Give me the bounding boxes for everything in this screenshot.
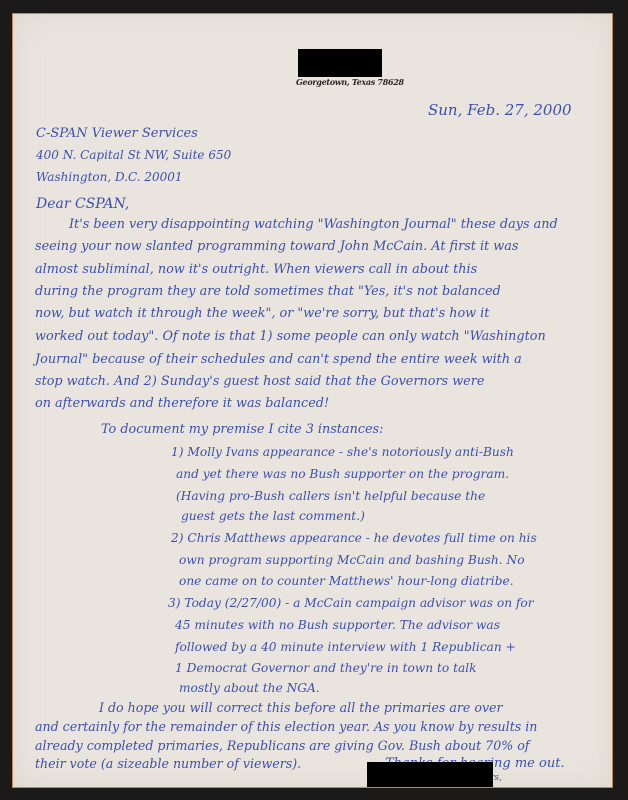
closing-paragraph-line: their vote (a sizeable number of viewers… [35,758,301,771]
salutation: Dear CSPAN, [36,197,129,211]
recipient-address-line: Washington, D.C. 20001 [36,171,183,183]
letterhead-redaction [298,49,382,77]
paragraph-line: now, but watch it through the week", or … [35,308,489,321]
instance-line: followed by a 40 minute interview with 1… [175,641,516,653]
recipient-address-line: 400 N. Capital St NW, Suite 650 [36,149,231,161]
instance-line: 1) Molly Ivans appearance - she's notori… [171,446,514,458]
paragraph-line: seeing your now slanted programming towa… [35,241,518,254]
paragraph-line: It's been very disappointing watching "W… [69,219,558,232]
paragraph-line: worked out today". Of note is that 1) so… [35,331,546,344]
closing-paragraph-line: I do hope you will correct this before a… [99,702,503,715]
paragraph-line: on afterwards and therefore it was balan… [35,398,329,411]
instance-line: 1 Democrat Governor and they're in town … [175,662,477,674]
letterhead-city: Georgetown, Texas 78628 [296,77,404,87]
instance-line: and yet there was no Bush supporter on t… [176,468,509,480]
paragraph-line: almost subliminal, now it's outright. Wh… [35,264,477,277]
instance-line: one came on to counter Matthews' hour-lo… [179,575,514,587]
paragraph-line: during the program they are told sometim… [35,286,501,299]
instance-line: own program supporting McCain and bashin… [179,554,525,566]
paragraph-line: Journal" because of their schedules and … [35,354,522,367]
instance-line: 2) Chris Matthews appearance - he devote… [171,532,537,544]
letter-date: Sun, Feb. 27, 2000 [428,103,572,118]
instance-line: mostly about the NGA. [179,682,320,694]
closing-paragraph-line: already completed primaries, Republicans… [35,740,529,753]
signature-redaction [367,762,493,787]
instance-line: (Having pro-Bush callers isn't helpful b… [176,490,485,502]
instance-line: guest gets the last comment.) [181,510,365,522]
recipient-address-line: C-SPAN Viewer Services [36,127,198,140]
closing-paragraph-line: and certainly for the remainder of this … [35,721,537,734]
instance-line: 45 minutes with no Bush supporter. The a… [175,619,500,631]
letter-page: Georgetown, Texas 78628 Sun, Feb. 27, 20… [13,14,612,787]
instance-line: 3) Today (2/27/00) - a McCain campaign a… [168,597,534,609]
paragraph-line: stop watch. And 2) Sunday's guest host s… [35,376,484,389]
instances-intro: To document my premise I cite 3 instance… [101,424,383,437]
